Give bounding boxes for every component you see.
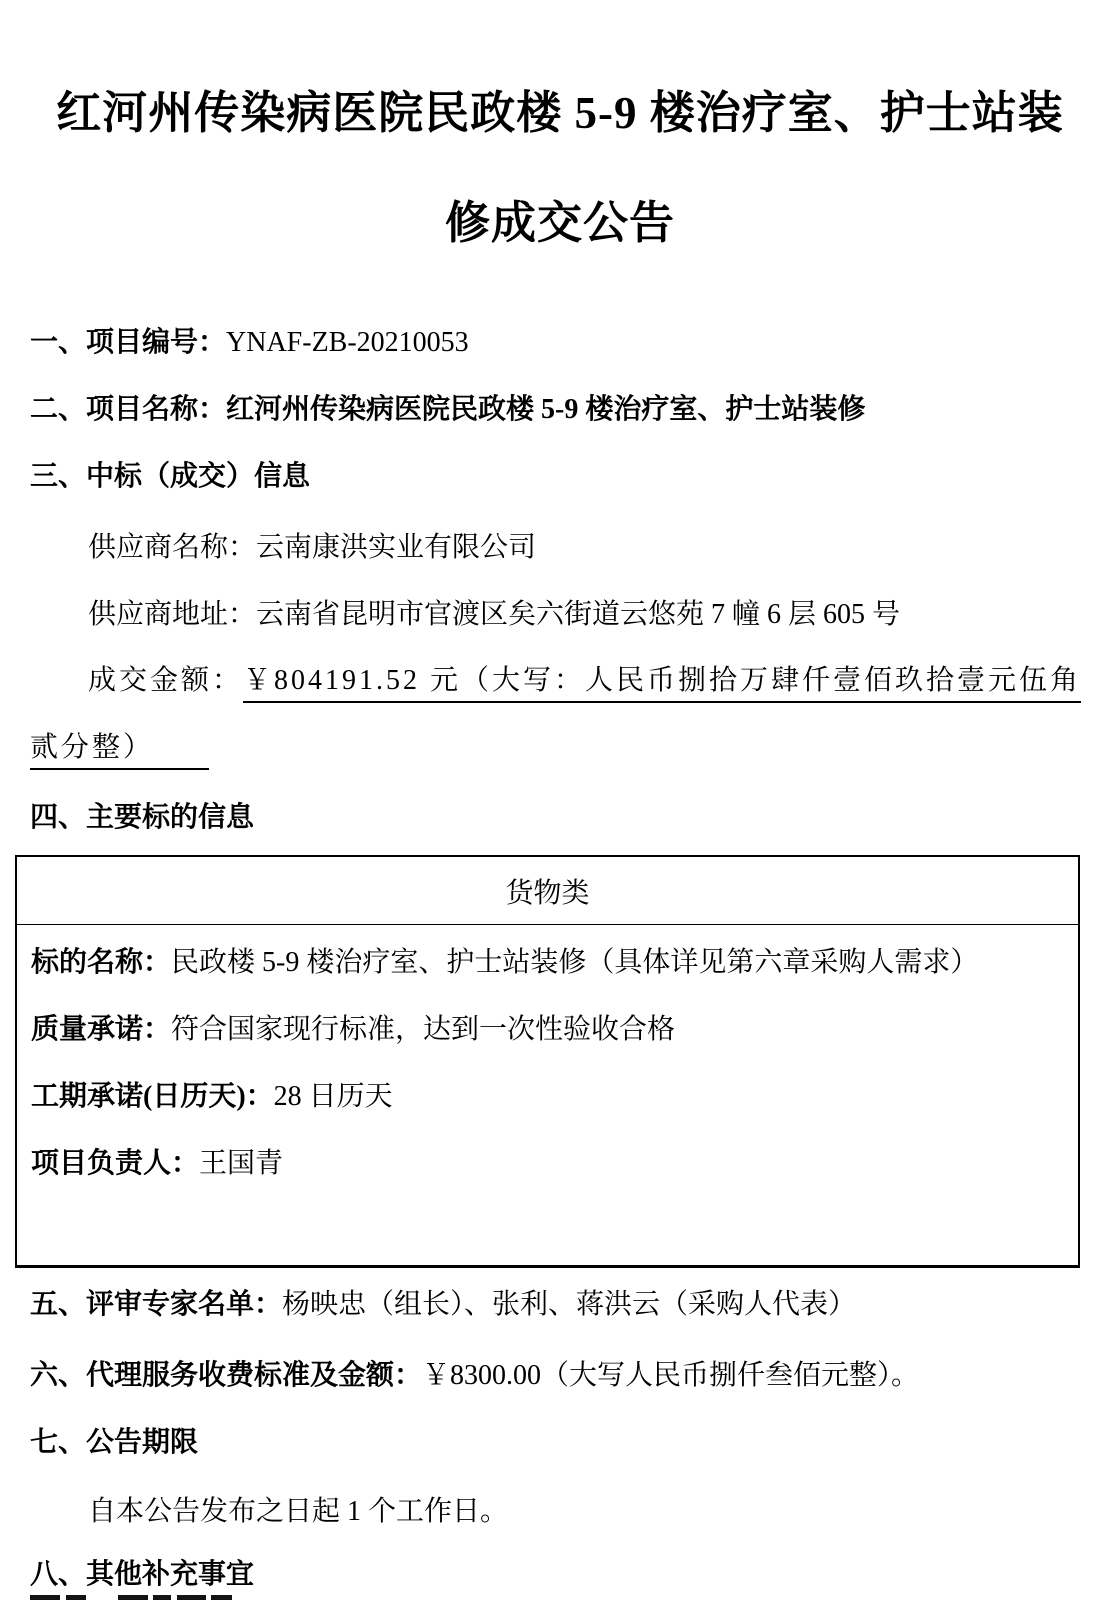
project-manager-label: 项目负责人： [31, 1148, 199, 1179]
document-page: 红河州传染病医院民政楼 5-9 楼治疗室、护士站装 修成交公告 一、项目编号：Y… [0, 0, 1120, 1600]
award-amount-underlined-2: 贰分整） [30, 732, 209, 770]
award-amount-line-2: 贰分整） [30, 731, 209, 765]
project-name-value: 红河州传染病医院民政楼 5-9 楼治疗室、护士站装修 [226, 394, 865, 425]
supplier-name-label: 供应商名称： [88, 532, 256, 563]
subject-name-value: 民政楼 5-9 楼治疗室、护士站装修（具体详见第六章采购人需求） [171, 947, 978, 978]
clipped-next-line-fragment [30, 1595, 232, 1600]
section-other-matters-heading: 八、其他补充事宜 [30, 1558, 254, 1592]
award-amount-line-1: 成交金额：￥804191.52 元（大写：人民币捌拾万肆仟壹佰玖拾壹元伍角 [88, 664, 1081, 698]
quality-commitment-value: 符合国家现行标准，达到一次性验收合格 [171, 1014, 675, 1045]
award-amount-label: 成交金额： [88, 665, 243, 696]
goods-table-header: 货物类 [17, 857, 1078, 925]
document-title-line-2: 修成交公告 [0, 196, 1120, 250]
table-row-duration-commitment: 工期承诺(日历天)：28 日历天 [31, 1080, 393, 1114]
supplier-address-value: 云南省昆明市官渡区矣六街道云悠苑 7 幢 6 层 605 号 [256, 599, 900, 630]
section-project-number: 一、项目编号：YNAF-ZB-20210053 [30, 326, 469, 360]
experts-value: 杨映忠（组长）、张利、蒋洪云（采购人代表） [282, 1289, 856, 1320]
supplier-name-value: 云南康洪实业有限公司 [256, 532, 536, 563]
duration-commitment-value: 28 日历天 [274, 1081, 393, 1112]
section-award-info-heading: 三、中标（成交）信息 [30, 460, 310, 494]
section-project-name: 二、项目名称：红河州传染病医院民政楼 5-9 楼治疗室、护士站装修 [30, 393, 865, 427]
agency-fee-label: 六、代理服务收费标准及金额： [30, 1360, 422, 1391]
table-row-subject-name: 标的名称：民政楼 5-9 楼治疗室、护士站装修（具体详见第六章采购人需求） [31, 946, 978, 980]
award-amount-underlined-1: ￥804191.52 元（大写：人民币捌拾万肆仟壹佰玖拾壹元伍角 [243, 665, 1081, 703]
table-row-project-manager: 项目负责人：王国青 [31, 1147, 283, 1181]
table-row-quality-commitment: 质量承诺：符合国家现行标准，达到一次性验收合格 [31, 1013, 675, 1047]
subject-name-label: 标的名称： [31, 947, 171, 978]
goods-table: 货物类 标的名称：民政楼 5-9 楼治疗室、护士站装修（具体详见第六章采购人需求… [15, 855, 1080, 1268]
agency-fee-value: ￥8300.00（大写人民币捌仟叁佰元整）。 [422, 1360, 919, 1391]
notice-period-content: 自本公告发布之日起 1 个工作日。 [88, 1495, 508, 1529]
document-title-line-1: 红河州传染病医院民政楼 5-9 楼治疗室、护士站装 [0, 86, 1120, 140]
experts-label: 五、评审专家名单： [30, 1289, 282, 1320]
supplier-address-label: 供应商地址： [88, 599, 256, 630]
section-agency-fee: 六、代理服务收费标准及金额：￥8300.00（大写人民币捌仟叁佰元整）。 [30, 1359, 919, 1393]
supplier-name-line: 供应商名称：云南康洪实业有限公司 [88, 531, 536, 565]
section-experts: 五、评审专家名单：杨映忠（组长）、张利、蒋洪云（采购人代表） [30, 1288, 856, 1322]
section-notice-period-heading: 七、公告期限 [30, 1426, 198, 1460]
quality-commitment-label: 质量承诺： [31, 1014, 171, 1045]
duration-commitment-label: 工期承诺(日历天)： [31, 1081, 274, 1112]
project-number-value: YNAF-ZB-20210053 [226, 327, 469, 358]
supplier-address-line: 供应商地址：云南省昆明市官渡区矣六街道云悠苑 7 幢 6 层 605 号 [88, 598, 900, 632]
section-main-subject-heading: 四、主要标的信息 [30, 801, 254, 835]
project-manager-value: 王国青 [199, 1148, 283, 1179]
project-name-label: 二、项目名称： [30, 394, 226, 425]
project-number-label: 一、项目编号： [30, 327, 226, 358]
